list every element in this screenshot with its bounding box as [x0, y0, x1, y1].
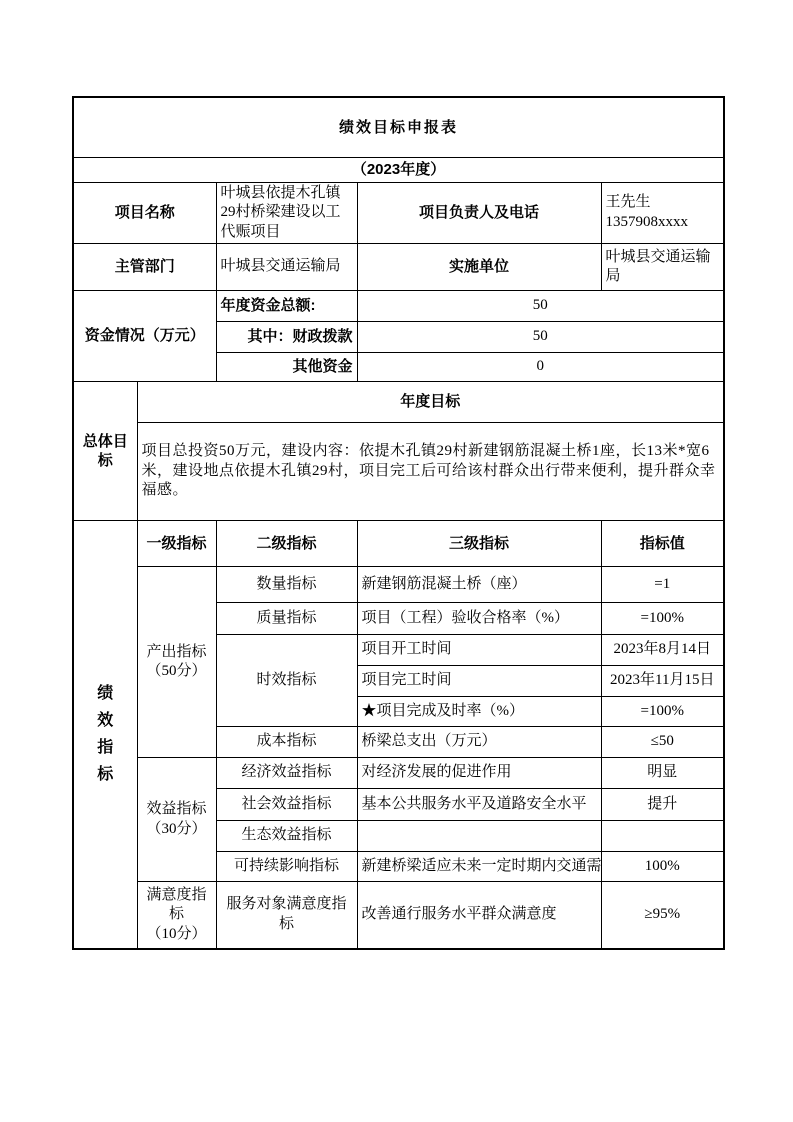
annual-goal-header-row: 总体目标 年度目标 — [73, 382, 724, 423]
quantity-indicator-name: 数量指标 — [216, 567, 357, 603]
funds-fiscal-value: 50 — [357, 322, 724, 353]
on-time-rate-value: =100% — [601, 697, 724, 727]
funds-section-label: 资金情况（万元） — [73, 291, 216, 382]
satisfaction-indicator-value: ≥95% — [601, 882, 724, 949]
social-benefit-detail: 基本公共服务水平及道路安全水平 — [357, 789, 601, 821]
project-row: 项目名称 叶城县依提木孔镇29村桥梁建设以工代赈项目 项目负责人及电话 王先生 … — [73, 182, 724, 244]
satisfaction-indicator-detail: 改善通行服务水平群众满意度 — [357, 882, 601, 949]
quantity-indicator-value: =1 — [601, 567, 724, 603]
cost-indicator-name: 成本指标 — [216, 727, 357, 758]
economic-benefit-value: 明显 — [601, 758, 724, 789]
annual-goal-header: 年度目标 — [137, 382, 724, 423]
timeliness-group-label: 时效指标 — [216, 635, 357, 727]
level3-header: 三级指标 — [357, 521, 601, 567]
funds-total-row: 资金情况（万元） 年度资金总额: 50 — [73, 291, 724, 322]
on-time-rate-detail: ★项目完成及时率（%） — [357, 697, 601, 727]
manager-label: 项目负责人及电话 — [357, 182, 601, 244]
form-title: 绩效目标申报表 — [73, 97, 724, 157]
annual-goal-content: 项目总投资50万元，建设内容：依提木孔镇29村新建钢筋混凝土桥1座，长13米*宽… — [137, 423, 724, 521]
title-row: 绩效目标申报表 — [73, 97, 724, 157]
finish-time-detail: 项目完工时间 — [357, 666, 601, 697]
cost-indicator-value: ≤50 — [601, 727, 724, 758]
quality-indicator-value: =100% — [601, 603, 724, 635]
funds-other-label: 其他资金 — [216, 353, 357, 382]
output-group-label: 产出指标 （50分） — [137, 567, 216, 758]
form-year: （2023年度） — [73, 157, 724, 182]
department-row: 主管部门 叶城县交通运输局 实施单位 叶城县交通运输局 — [73, 244, 724, 291]
ecological-benefit-name: 生态效益指标 — [216, 821, 357, 852]
start-time-value: 2023年8月14日 — [601, 635, 724, 666]
performance-target-table: 绩效目标申报表 （2023年度） 项目名称 叶城县依提木孔镇29村桥梁建设以工代… — [72, 96, 725, 950]
sustainability-detail: 新建桥梁适应未来一定时期内交通需求 — [357, 852, 601, 882]
performance-indicator-label: 绩效指标 — [73, 521, 137, 949]
economic-benefit-name: 经济效益指标 — [216, 758, 357, 789]
funds-other-value: 0 — [357, 353, 724, 382]
start-time-detail: 项目开工时间 — [357, 635, 601, 666]
benefit-group-label: 效益指标 （30分） — [137, 758, 216, 882]
economic-benefit-detail: 对经济发展的促进作用 — [357, 758, 601, 789]
cost-indicator-detail: 桥梁总支出（万元） — [357, 727, 601, 758]
level2-header: 二级指标 — [216, 521, 357, 567]
indicator-header-row: 绩效指标 一级指标 二级指标 三级指标 指标值 — [73, 521, 724, 567]
finish-time-value: 2023年11月15日 — [601, 666, 724, 697]
manager-value: 王先生 1357908xxxx — [601, 182, 724, 244]
sustainability-value: 100% — [601, 852, 724, 882]
funds-total-label: 年度资金总额: — [216, 291, 357, 322]
project-name-value: 叶城县依提木孔镇29村桥梁建设以工代赈项目 — [216, 182, 357, 244]
implementing-unit-value: 叶城县交通运输局 — [601, 244, 724, 291]
funds-fiscal-label: 其中：财政拨款 — [216, 322, 357, 353]
department-value: 叶城县交通运输局 — [216, 244, 357, 291]
performance-indicator-vertical-text: 绩效指标 — [97, 680, 114, 789]
implementing-unit-label: 实施单位 — [357, 244, 601, 291]
level1-header: 一级指标 — [137, 521, 216, 567]
overall-goal-label: 总体目标 — [73, 382, 137, 521]
indicator-value-header: 指标值 — [601, 521, 724, 567]
funds-total-value: 50 — [357, 291, 724, 322]
satisfaction-group-label: 满意度指标 （10分） — [137, 882, 216, 949]
ecological-benefit-value — [601, 821, 724, 852]
sustainability-name: 可持续影响指标 — [216, 852, 357, 882]
satisfaction-row: 满意度指标 （10分） 服务对象满意度指标 改善通行服务水平群众满意度 ≥95% — [73, 882, 724, 949]
declaration-form-sheet: 绩效目标申报表 （2023年度） 项目名称 叶城县依提木孔镇29村桥梁建设以工代… — [72, 96, 723, 950]
ecological-benefit-detail — [357, 821, 601, 852]
satisfaction-indicator-name: 服务对象满意度指标 — [216, 882, 357, 949]
annual-goal-content-row: 项目总投资50万元，建设内容：依提木孔镇29村新建钢筋混凝土桥1座，长13米*宽… — [73, 423, 724, 521]
economic-benefit-row: 效益指标 （30分） 经济效益指标 对经济发展的促进作用 明显 — [73, 758, 724, 789]
quantity-indicator-row: 产出指标 （50分） 数量指标 新建钢筋混凝土桥（座） =1 — [73, 567, 724, 603]
social-benefit-value: 提升 — [601, 789, 724, 821]
quality-indicator-detail: 项目（工程）验收合格率（%） — [357, 603, 601, 635]
social-benefit-name: 社会效益指标 — [216, 789, 357, 821]
project-name-label: 项目名称 — [73, 182, 216, 244]
quality-indicator-name: 质量指标 — [216, 603, 357, 635]
quantity-indicator-detail: 新建钢筋混凝土桥（座） — [357, 567, 601, 603]
year-row: （2023年度） — [73, 157, 724, 182]
department-label: 主管部门 — [73, 244, 216, 291]
